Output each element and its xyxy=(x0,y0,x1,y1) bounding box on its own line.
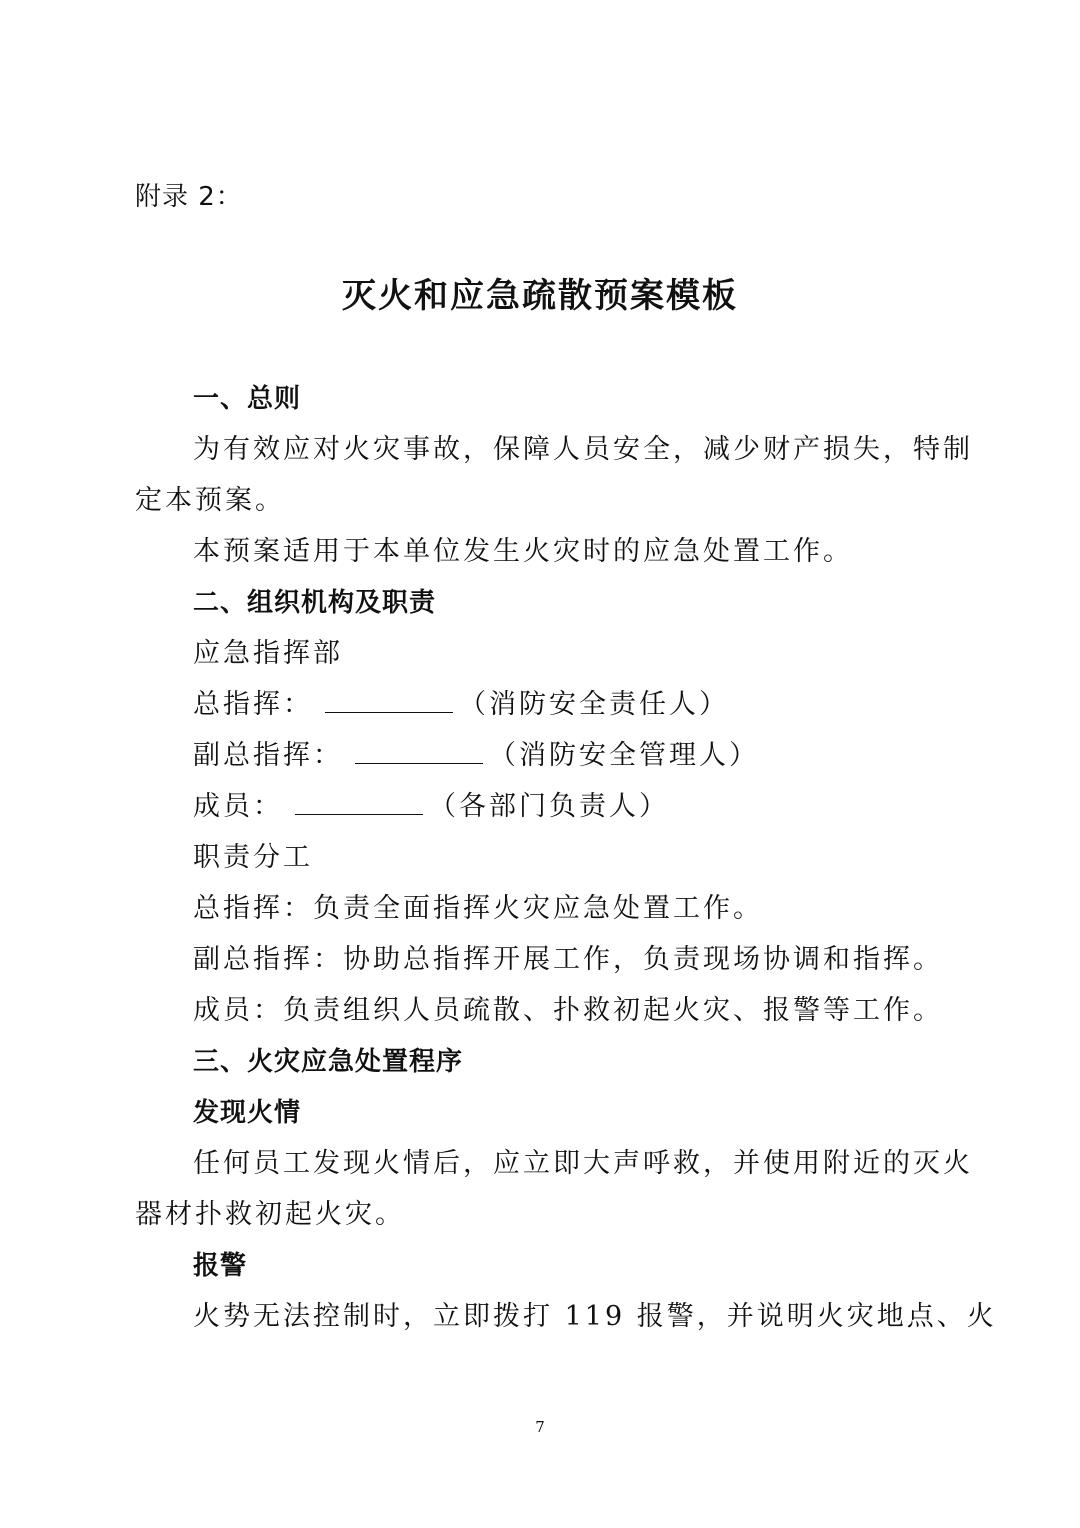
page-number: 7 xyxy=(0,1418,1080,1436)
members-line: 成员：（各部门负责人） xyxy=(193,790,669,824)
duty-item: 总指挥：负责全面指挥火灾应急处置工作。 xyxy=(193,892,763,926)
commander-note: （消防安全责任人） xyxy=(459,689,729,720)
paragraph: 为有效应对火灾事故，保障人员安全，减少财产损失，特制 xyxy=(193,433,973,467)
document-title: 灭火和应急疏散预案模板 xyxy=(0,276,1080,316)
members-blank[interactable] xyxy=(295,790,423,815)
paragraph: 定本预案。 xyxy=(135,484,285,518)
paragraph: 本预案适用于本单位发生火灾时的应急处置工作。 xyxy=(193,535,853,569)
duty-item: 成员：负责组织人员疏散、扑救初起火灾、报警等工作。 xyxy=(193,994,943,1028)
members-label: 成员： xyxy=(193,791,283,822)
commander-label: 总指挥： xyxy=(193,689,313,720)
section-3-heading: 三、火灾应急处置程序 xyxy=(193,1045,463,1079)
subheading: 职责分工 xyxy=(193,841,313,875)
subheading: 报警 xyxy=(193,1249,247,1283)
section-1-heading: 一、总则 xyxy=(193,382,301,416)
subheading: 发现火情 xyxy=(193,1096,301,1130)
paragraph: 器材扑救初起火灾。 xyxy=(135,1198,405,1232)
subheading: 应急指挥部 xyxy=(193,637,343,671)
duty-item: 副总指挥：协助总指挥开展工作，负责现场协调和指挥。 xyxy=(193,943,943,977)
section-2-heading: 二、组织机构及职责 xyxy=(193,586,436,620)
paragraph: 火势无法控制时，立即拨打 119 报警，并说明火灾地点、火 xyxy=(193,1300,997,1334)
commander-blank[interactable] xyxy=(325,688,453,713)
members-note: （各部门负责人） xyxy=(429,791,669,822)
deputy-note: （消防安全管理人） xyxy=(489,740,759,771)
appendix-label: 附录 2： xyxy=(135,180,243,214)
deputy-blank[interactable] xyxy=(355,739,483,764)
commander-line: 总指挥：（消防安全责任人） xyxy=(193,688,729,722)
deputy-label: 副总指挥： xyxy=(193,740,343,771)
paragraph: 任何员工发现火情后，应立即大声呼救，并使用附近的灭火 xyxy=(193,1147,973,1181)
deputy-line: 副总指挥：（消防安全管理人） xyxy=(193,739,759,773)
